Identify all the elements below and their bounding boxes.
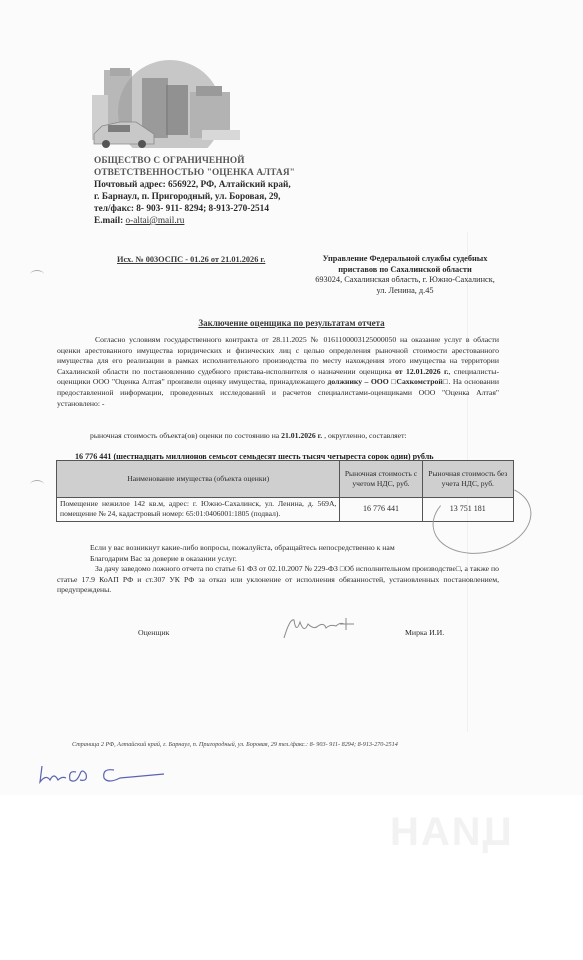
addressee-line3: 693024, Сахалинская область, г. Южно-Сах… xyxy=(290,275,520,286)
p1-order-date: от 12.01.2026 г. xyxy=(395,367,449,376)
header-value-with-vat: Рыночная стоимость с учетом НДС, руб. xyxy=(340,461,422,498)
signature-role: Оценщик xyxy=(138,628,169,637)
company-name-line2: ОТВЕТСТВЕННОСТЬЮ "ОЦЕНКА АЛТАЯ" xyxy=(94,167,324,179)
company-letterhead: ОБЩЕСТВО С ОГРАНИЧЕННОЙ ОТВЕТСТВЕННОСТЬЮ… xyxy=(94,155,324,227)
postal-address-line2: г. Барнаул, п. Пригородный, ул. Боровая,… xyxy=(94,191,324,203)
handwritten-signature xyxy=(280,612,360,642)
paragraph-questions: Если у вас возникнут какие-либо вопросы,… xyxy=(90,543,500,554)
table-header-row: Наименование имущества (объекта оценки) … xyxy=(57,461,514,498)
watermark: ЦИАН xyxy=(388,810,512,855)
email-label: E.mail: xyxy=(94,216,123,226)
header-property-name: Наименование имущества (объекта оценки) xyxy=(57,461,340,498)
signer-name: Мирка И.И. xyxy=(405,628,444,637)
phone-fax: тел/факс: 8- 903- 911- 8294; 8-913-270-2… xyxy=(94,203,324,215)
bottom-handwritten-signature xyxy=(36,762,176,786)
page-footer: Страница 2 РФ, Алтайский край, г. Барнау… xyxy=(72,741,398,748)
punch-hole-mark xyxy=(30,480,44,489)
p2-text-a: рыночная стоимость объекта(ов) оценки по… xyxy=(90,431,281,440)
punch-hole-mark xyxy=(30,270,44,279)
paragraph-market-value: рыночная стоимость объекта(ов) оценки по… xyxy=(90,431,510,442)
postal-address-line1: Почтовый адрес: 656922, РФ, Алтайский кр… xyxy=(94,179,324,191)
paragraph-contract: Согласно условиям государственного контр… xyxy=(57,335,499,409)
document-page: ОБЩЕСТВО С ОГРАНИЧЕННОЙ ОТВЕТСТВЕННОСТЬЮ… xyxy=(0,0,583,795)
addressee-block: Управление Федеральной службы судебных п… xyxy=(290,254,520,296)
addressee-line4: ул. Ленина, д.45 xyxy=(290,286,520,297)
email-line: E.mail: o-altai@mail.ru xyxy=(94,215,324,227)
company-logo-image xyxy=(92,30,252,148)
company-name-line1: ОБЩЕСТВО С ОГРАНИЧЕННОЙ xyxy=(94,155,324,167)
paragraph-liability: За дачу заведомо ложного отчета по стать… xyxy=(57,564,499,596)
email-link[interactable]: o-altai@mail.ru xyxy=(126,216,185,226)
property-description: Помещение нежилое 142 кв.м, адрес: г. Юж… xyxy=(57,498,340,522)
p2-valuation-date: 21.01.2026 г. xyxy=(281,431,322,440)
p5-text: За дачу заведомо ложного отчета по стать… xyxy=(57,564,499,594)
document-title: Заключение оценщика по результатам отчет… xyxy=(0,318,583,328)
value-with-vat: 16 776 441 xyxy=(340,498,422,522)
addressee-line1: Управление Федеральной службы судебных xyxy=(290,254,520,265)
addressee-line2: приставов по Сахалинской области xyxy=(290,265,520,276)
outgoing-number: Исх. № 003ОСПС - 01.26 от 21.01.2026 г. xyxy=(117,255,265,264)
p1-debtor: должнику – ООО □Сахкомстрой□ xyxy=(328,377,449,386)
paragraph-thanks: Благодарим Вас за доверие в оказании усл… xyxy=(90,554,500,565)
p2-text-b: , округленно, составляет: xyxy=(322,431,406,440)
